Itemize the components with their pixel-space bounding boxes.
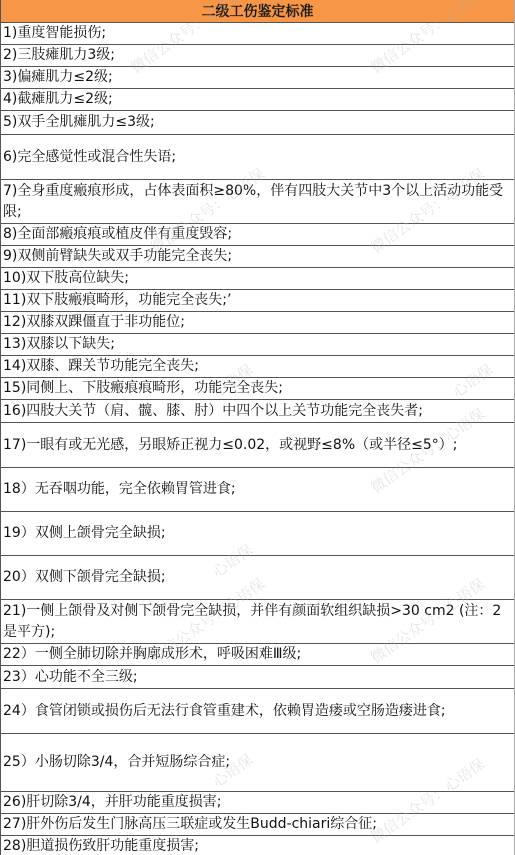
row-text: 8)全面部瘢痕痕或植皮伴有重度毁容; bbox=[3, 224, 232, 245]
row-text: 24）食管闭锁或损伤后无法行食管重建术，依赖胃造瘘或空肠造瘘进食; bbox=[3, 701, 446, 722]
row-text: 5)双手全肌瘫肌力≤3级; bbox=[3, 112, 155, 133]
table-body: 1)重度智能损伤;2)三肢瘫肌力3级;3)偏瘫肌力≤2级;4)截瘫肌力≤2级;5… bbox=[1, 23, 514, 855]
row-text: 10)双下肢高位缺失; bbox=[3, 268, 129, 289]
table-row: 5)双手全肌瘫肌力≤3级; bbox=[1, 111, 514, 135]
table-row: 2)三肢瘫肌力3级; bbox=[1, 45, 514, 67]
table-row: 3)偏瘫肌力≤2级; bbox=[1, 67, 514, 89]
table-row: 10)双下肢高位缺失; bbox=[1, 268, 514, 290]
table-row: 13)双膝以下缺失; bbox=[1, 334, 514, 356]
row-text: 14)双膝、踝关节功能完全丧失; bbox=[3, 356, 199, 377]
table-row: 1)重度智能损伤; bbox=[1, 23, 514, 45]
row-text: 13)双膝以下缺失; bbox=[3, 334, 115, 355]
table-row: 9)双侧前臂缺失或双手功能完全丧失; bbox=[1, 246, 514, 268]
table-row: 27)肝外伤后发生门脉高压三联症或发生Budd-chiari综合征; bbox=[1, 814, 514, 836]
row-text: 20）双侧下颌骨完全缺损; bbox=[3, 567, 166, 588]
table-row: 18）无吞咽功能，完全依赖胃管进食; bbox=[1, 468, 514, 512]
row-text: 23）心功能不全三级; bbox=[3, 667, 138, 688]
table-row: 8)全面部瘢痕痕或植皮伴有重度毁容; bbox=[1, 224, 514, 246]
table-row: 6)完全感觉性或混合性失语; bbox=[1, 135, 514, 180]
table-row: 28)胆道损伤致肝功能重度损害; bbox=[1, 836, 514, 855]
table-title: 二级工伤鉴定标准 bbox=[202, 1, 314, 21]
row-text: 1)重度智能损伤; bbox=[3, 23, 106, 44]
table-row: 17)一眼有或无光感，另眼矫正视力≤0.02，或视野≤8%（或半径≤5°）; bbox=[1, 423, 514, 468]
row-text: 22）一侧全肺切除并胸廓成形术，呼吸困难Ⅲ级; bbox=[3, 644, 301, 665]
table-row: 19）双侧上颌骨完全缺损; bbox=[1, 512, 514, 556]
table-row: 22）一侧全肺切除并胸廓成形术，呼吸困难Ⅲ级; bbox=[1, 644, 514, 666]
table-row: 7)全身重度瘢痕形成，占体表面积≥80%，伴有四肢大关节中3个以上活动功能受限; bbox=[1, 180, 514, 224]
table-row: 25）小肠切除3/4，合并短肠综合症; bbox=[1, 734, 514, 792]
row-text: 7)全身重度瘢痕形成，占体表面积≥80%，伴有四肢大关节中3个以上活动功能受限; bbox=[3, 181, 514, 223]
injury-standard-table: 二级工伤鉴定标准 1)重度智能损伤;2)三肢瘫肌力3级;3)偏瘫肌力≤2级;4)… bbox=[0, 0, 515, 855]
row-text: 2)三肢瘫肌力3级; bbox=[3, 45, 115, 66]
table-row: 26)肝切除3/4，并肝功能重度损害; bbox=[1, 792, 514, 814]
row-text: 12)双膝双踝僵直于非功能位; bbox=[3, 312, 185, 333]
table-row: 23）心功能不全三级; bbox=[1, 666, 514, 689]
table-row: 16)四肢大关节（肩、髋、膝、肘）中四个以上关节功能完全丧失者; bbox=[1, 400, 514, 423]
row-text: 19）双侧上颌骨完全缺损; bbox=[3, 523, 166, 544]
table-row: 12)双膝双踝僵直于非功能位; bbox=[1, 312, 514, 334]
table-row: 21)一侧上颌骨及对侧下颌骨完全缺损，并伴有颜面软组织缺损>30 cm2 (注：… bbox=[1, 600, 514, 644]
table-row: 24）食管闭锁或损伤后无法行食管重建术，依赖胃造瘘或空肠造瘘进食; bbox=[1, 689, 514, 734]
table-row: 4)截瘫肌力≤2级; bbox=[1, 89, 514, 111]
row-text: 15)同侧上、下肢瘢痕痕畸形，功能完全丧失; bbox=[3, 378, 283, 399]
row-text: 4)截瘫肌力≤2级; bbox=[3, 89, 113, 110]
row-text: 27)肝外伤后发生门脉高压三联症或发生Budd-chiari综合征; bbox=[3, 814, 377, 835]
table-row: 11)双下肢瘢痕畸形，功能完全丧失;’ bbox=[1, 290, 514, 312]
table-row: 20）双侧下颌骨完全缺损; bbox=[1, 556, 514, 600]
row-text: 21)一侧上颌骨及对侧下颌骨完全缺损，并伴有颜面软组织缺损>30 cm2 (注：… bbox=[3, 601, 514, 643]
row-text: 3)偏瘫肌力≤2级; bbox=[3, 67, 113, 88]
row-text: 16)四肢大关节（肩、髋、膝、肘）中四个以上关节功能完全丧失者; bbox=[3, 401, 423, 422]
table-header: 二级工伤鉴定标准 bbox=[1, 0, 514, 23]
row-text: 25）小肠切除3/4，合并短肠综合症; bbox=[3, 752, 230, 773]
row-text: 17)一眼有或无光感，另眼矫正视力≤0.02，或视野≤8%（或半径≤5°）; bbox=[3, 435, 457, 456]
row-text: 26)肝切除3/4，并肝功能重度损害; bbox=[3, 792, 222, 813]
row-text: 18）无吞咽功能，完全依赖胃管进食; bbox=[3, 479, 236, 500]
table-row: 15)同侧上、下肢瘢痕痕畸形，功能完全丧失; bbox=[1, 378, 514, 400]
row-text: 6)完全感觉性或混合性失语; bbox=[3, 147, 176, 168]
row-text: 11)双下肢瘢痕畸形，功能完全丧失;’ bbox=[3, 290, 231, 311]
row-text: 28)胆道损伤致肝功能重度损害; bbox=[3, 836, 199, 855]
row-text: 9)双侧前臂缺失或双手功能完全丧失; bbox=[3, 246, 232, 267]
table-row: 14)双膝、踝关节功能完全丧失; bbox=[1, 356, 514, 378]
